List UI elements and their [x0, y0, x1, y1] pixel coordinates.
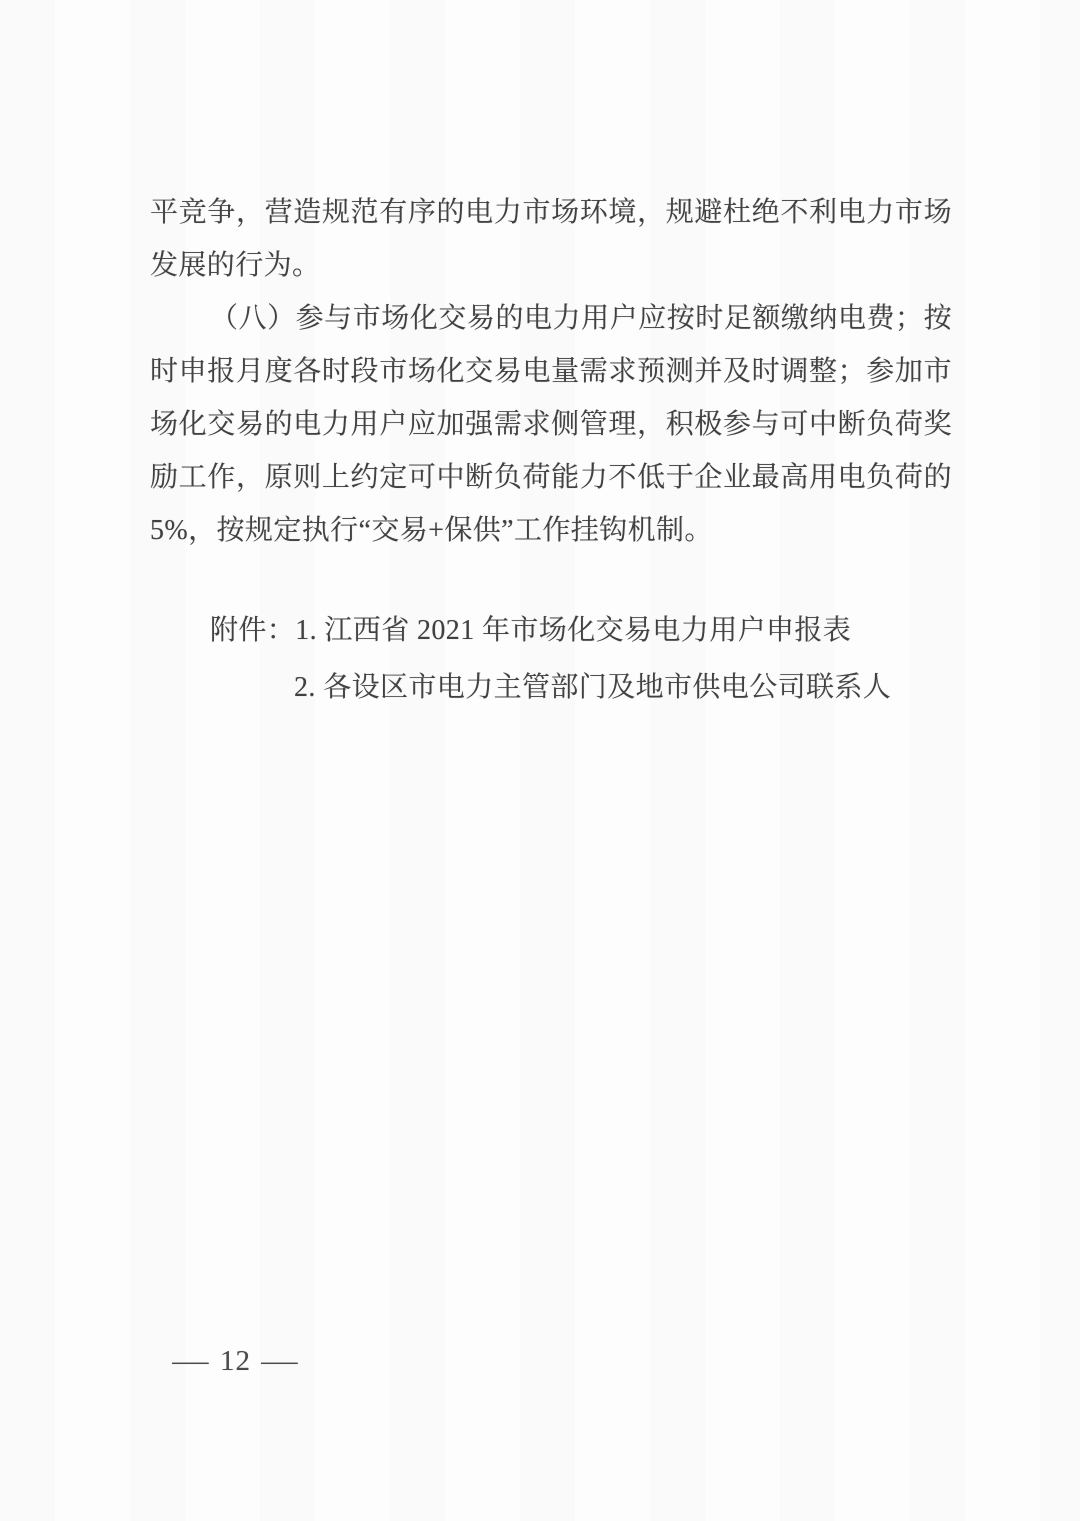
item-eight-line-2: 时申报月度各时段市场化交易电量需求预测并及时调整；参加市 — [150, 345, 952, 398]
document-page: 平竞争，营造规范有序的电力市场环境，规避杜绝不利电力市场 发展的行为。 （八）参… — [0, 0, 1080, 1521]
item-eight-line-1: （八）参与市场化交易的电力用户应按时足额缴纳电费；按 — [150, 292, 952, 345]
item-eight-paragraph: （八）参与市场化交易的电力用户应按时足额缴纳电费；按 时申报月度各时段市场化交易… — [150, 292, 952, 557]
page-footer: —12— — [176, 1345, 295, 1378]
intro-line-2: 发展的行为。 — [150, 239, 952, 292]
attachment-line-1: 附件：1. 江西省 2021 年市场化交易电力用户申报表 — [150, 602, 952, 659]
attachment-line-2: 2. 各设区市电力主管部门及地市供电公司联系人 — [150, 659, 952, 716]
footer-dash-right: — — [261, 1345, 299, 1378]
intro-paragraph: 平竞争，营造规范有序的电力市场环境，规避杜绝不利电力市场 发展的行为。 — [150, 186, 952, 292]
page-number: 12 — [220, 1345, 251, 1377]
attachment-list: 附件：1. 江西省 2021 年市场化交易电力用户申报表 2. 各设区市电力主管… — [150, 602, 952, 716]
item-eight-line-3: 场化交易的电力用户应加强需求侧管理，积极参与可中断负荷奖 — [150, 398, 952, 451]
footer-dash-left: — — [172, 1345, 210, 1378]
item-eight-line-4: 励工作，原则上约定可中断负荷能力不低于企业最高用电负荷的 — [150, 451, 952, 504]
item-eight-line-5: 5%，按规定执行“交易+保供”工作挂钩机制。 — [150, 504, 952, 557]
intro-line-1: 平竞争，营造规范有序的电力市场环境，规避杜绝不利电力市场 — [150, 186, 952, 239]
